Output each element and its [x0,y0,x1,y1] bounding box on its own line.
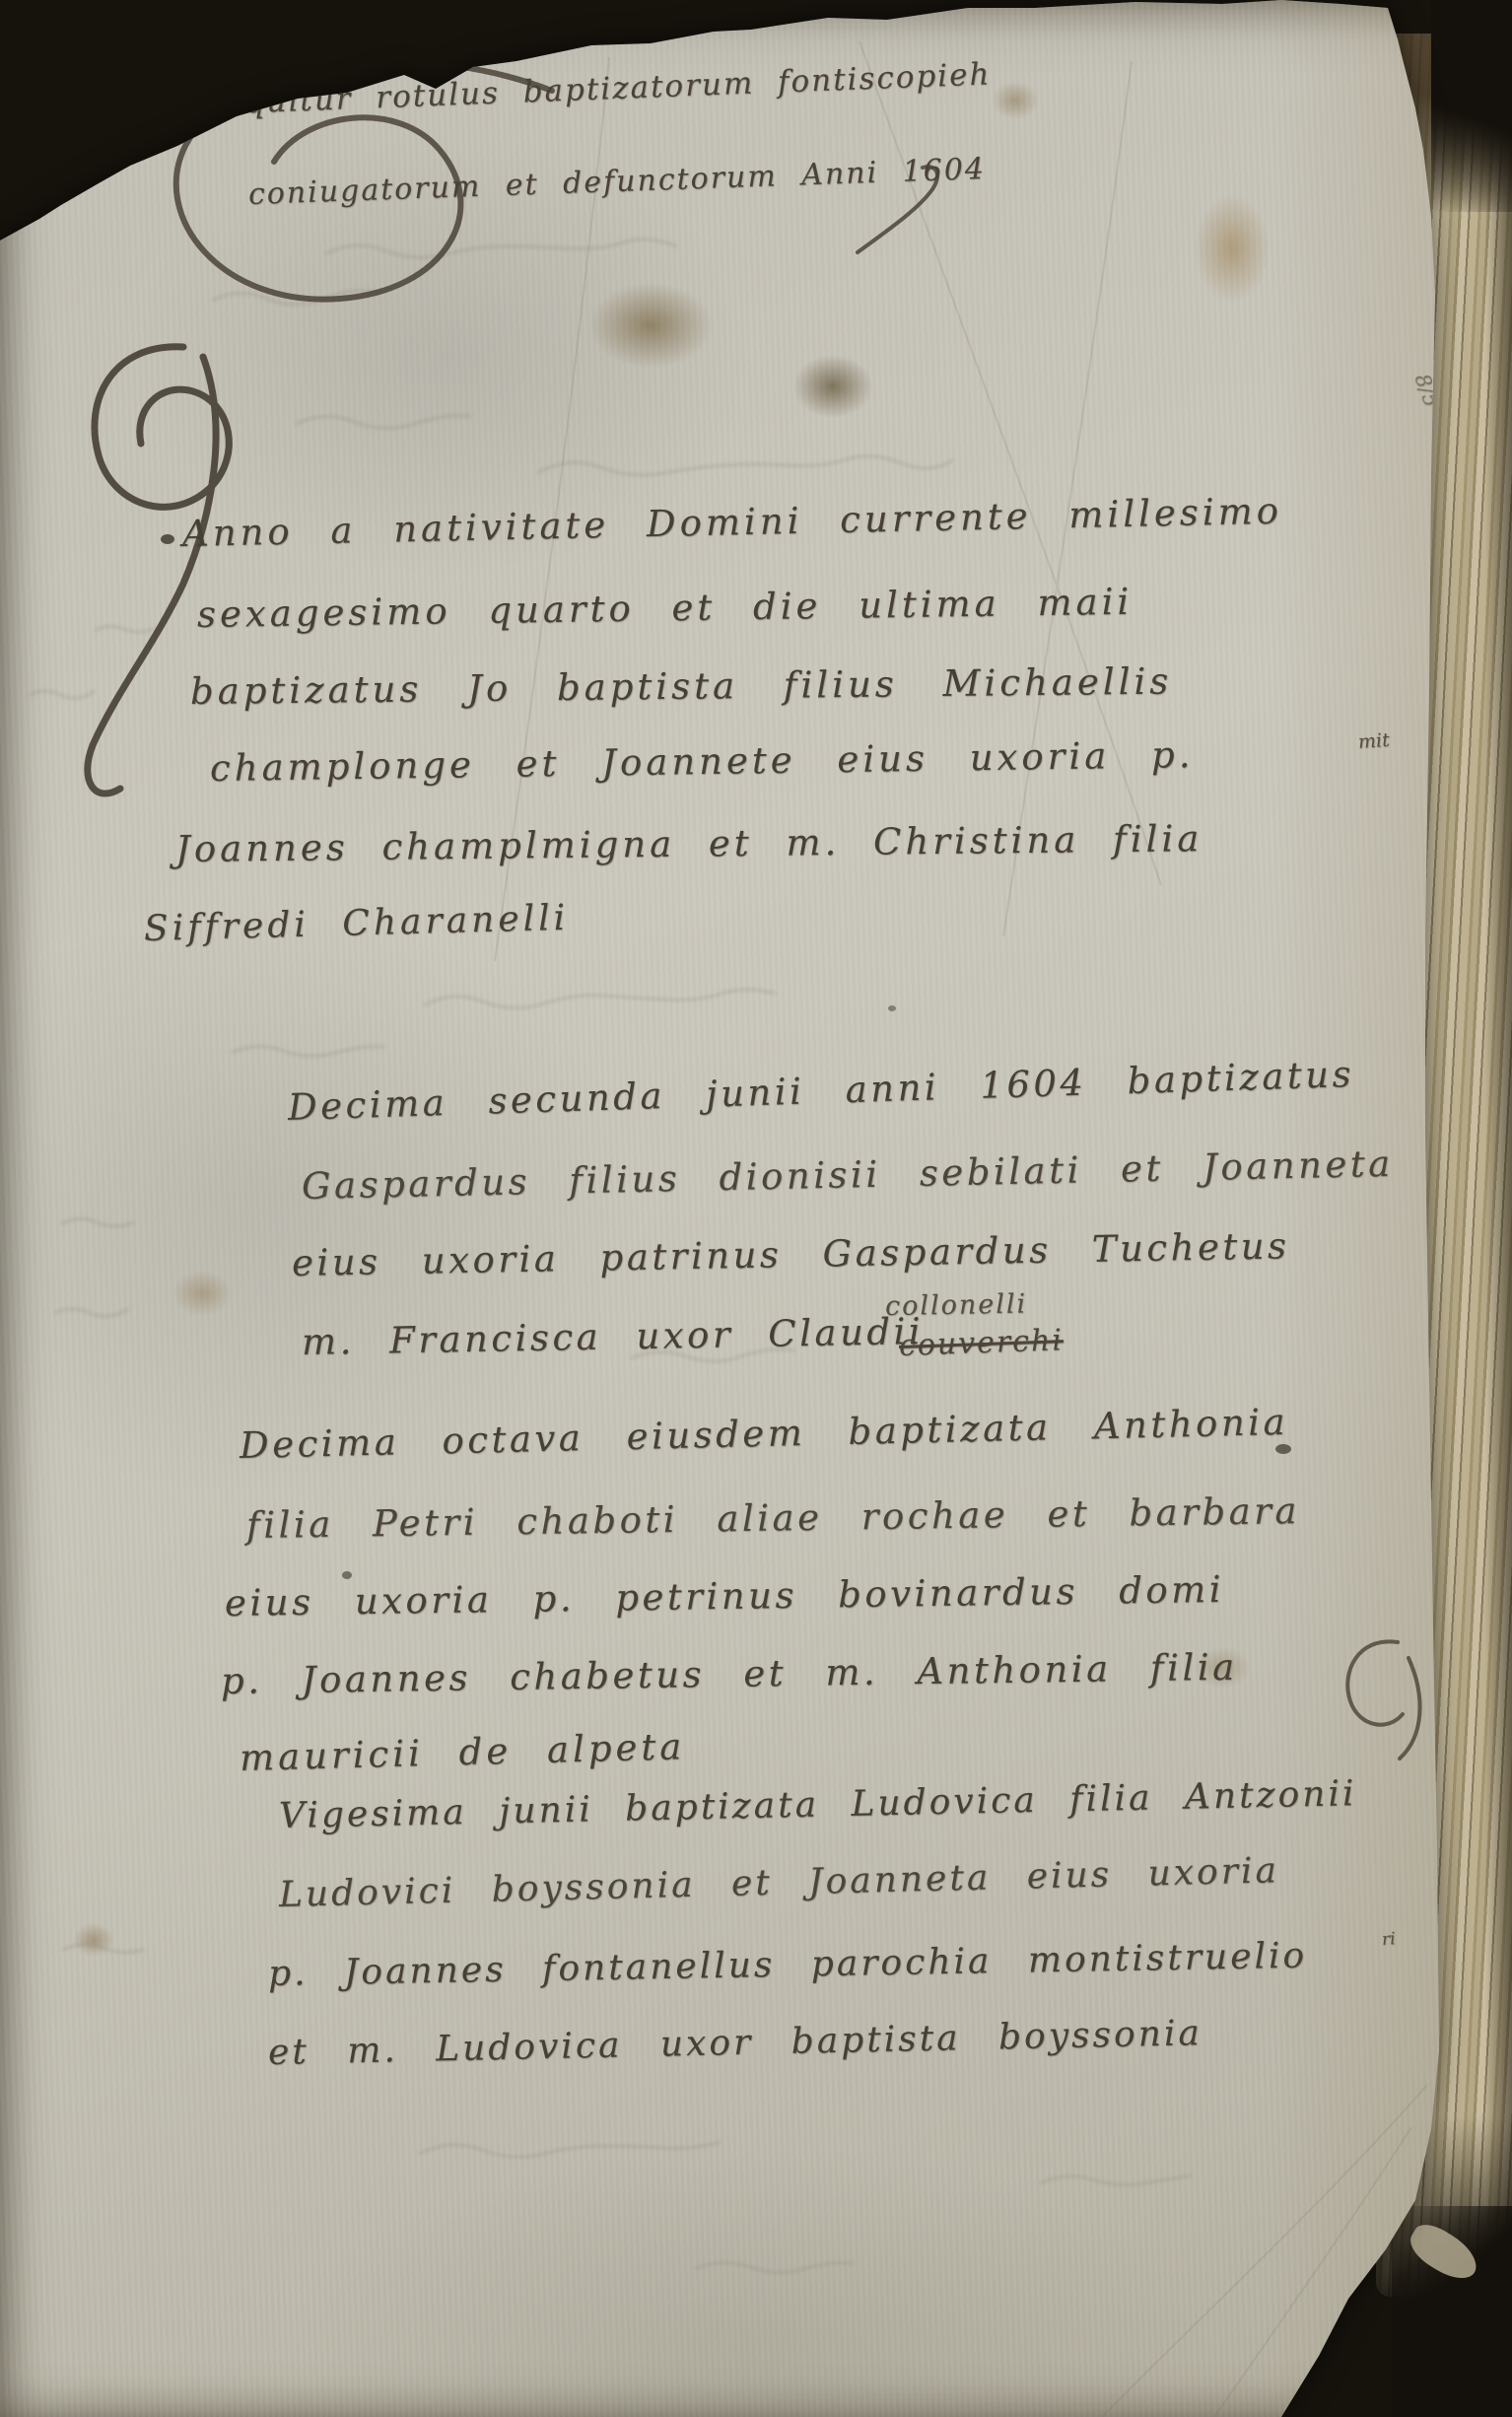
margin-paraph-flourish [1347,1641,1419,1759]
manuscript-paper: Sequitur rotulus baptizatorum fontiscopi… [0,0,1512,2417]
struck-word: couverchi [898,1323,1064,1363]
superscript-note: mit [1357,729,1390,753]
initial-letter-flourish [88,347,230,794]
correction-above-word: collonelli [885,1288,1028,1322]
superscript-note: ri [1381,1929,1396,1950]
photographed-register-page: Sequitur rotulus baptizatorum fontiscopi… [0,0,1512,2417]
paper-wrap: Sequitur rotulus baptizatorum fontiscopi… [0,0,1512,2417]
